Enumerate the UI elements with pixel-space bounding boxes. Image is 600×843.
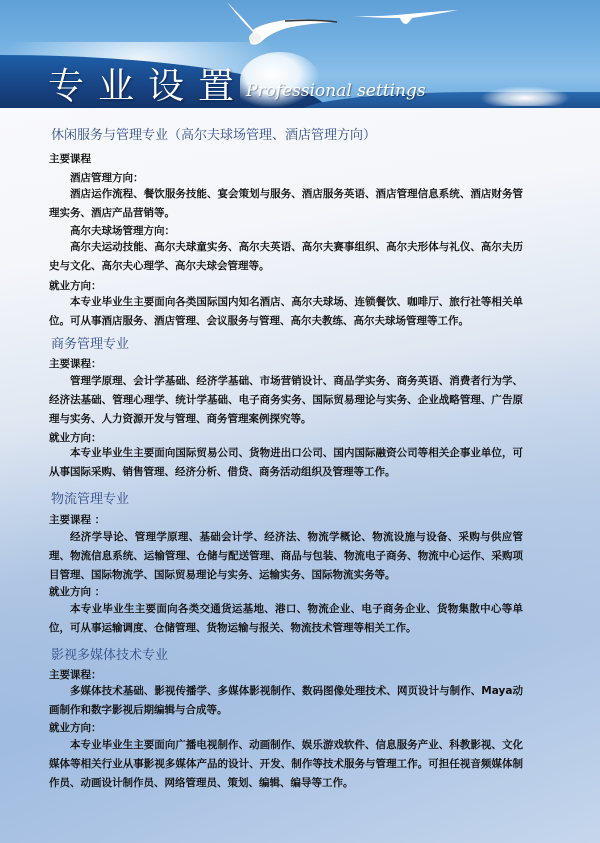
section-heading-leisure: 休闲服务与管理专业（高尔夫球场管理、酒店管理方向）	[51, 124, 376, 143]
courses-text: 管理学原理、会计学基础、经济学基础、市场营销设计、商品学实务、商务英语、消费者行…	[49, 372, 523, 429]
employment-text: 本专业毕业生主要面向广播电视制作、动画制作、娱乐游戏软件、信息服务产业、科教影视…	[49, 736, 523, 793]
header-banner: 专业设置 Professional settings	[0, 0, 600, 108]
golf-courses-text: 高尔夫运动技能、高尔夫球童实务、高尔夫英语、高尔夫赛事组织、高尔夫形体与礼仪、高…	[49, 238, 523, 276]
employment-text: 本专业毕业生主要面向各类交通货运基地、港口、物流企业、电子商务企业、货物集散中心…	[49, 600, 523, 638]
courses-text: 多媒体技术基础、影视传播学、多媒体影视制作、数码图像处理技术、网页设计与制作、M…	[49, 682, 523, 720]
courses-label: 主要课程：	[49, 356, 102, 371]
courses-label: 主要课程 ：	[49, 512, 105, 527]
section-heading-business: 商务管理专业	[51, 333, 129, 352]
employment-text: 本专业毕业生主要面向国际贸易公司、货物进出口公司、国内国际融资公司等相关企事业单…	[49, 444, 523, 482]
seagull-icon	[225, 0, 340, 50]
golf-direction-label: 高尔夫球场管理方向：	[70, 223, 175, 238]
section-heading-logistics: 物流管理专业	[51, 488, 129, 507]
banner-title-chinese: 专业设置	[48, 58, 248, 108]
employment-label: 就业方向：	[49, 720, 102, 735]
employment-label: 就业方向 ：	[49, 584, 105, 599]
courses-label: 主要课程	[49, 151, 91, 166]
hotel-direction-label: 酒店管理方向：	[70, 170, 144, 185]
seagull-icon	[350, 8, 460, 28]
courses-label: 主要课程：	[49, 667, 102, 682]
courses-text: 经济学导论、管理学原理、基础会计学、经济法、物流学概论、物流设施与设备、采购与供…	[49, 528, 523, 585]
hotel-courses-text: 酒店运作流程、餐饮服务技能、宴会策划与服务、酒店服务英语、酒店管理信息系统、酒店…	[49, 185, 523, 223]
banner-title-english: Professional settings	[246, 81, 426, 101]
employment-text: 本专业毕业生主要面向各类国际国内知名酒店、高尔夫球场、连锁餐饮、咖啡厅、旅行社等…	[49, 293, 523, 331]
section-heading-multimedia: 影视多媒体技术专业	[51, 644, 168, 663]
wave-foam	[480, 86, 570, 106]
employment-label: 就业方向：	[49, 278, 102, 293]
employment-label: 就业方向：	[49, 430, 102, 445]
